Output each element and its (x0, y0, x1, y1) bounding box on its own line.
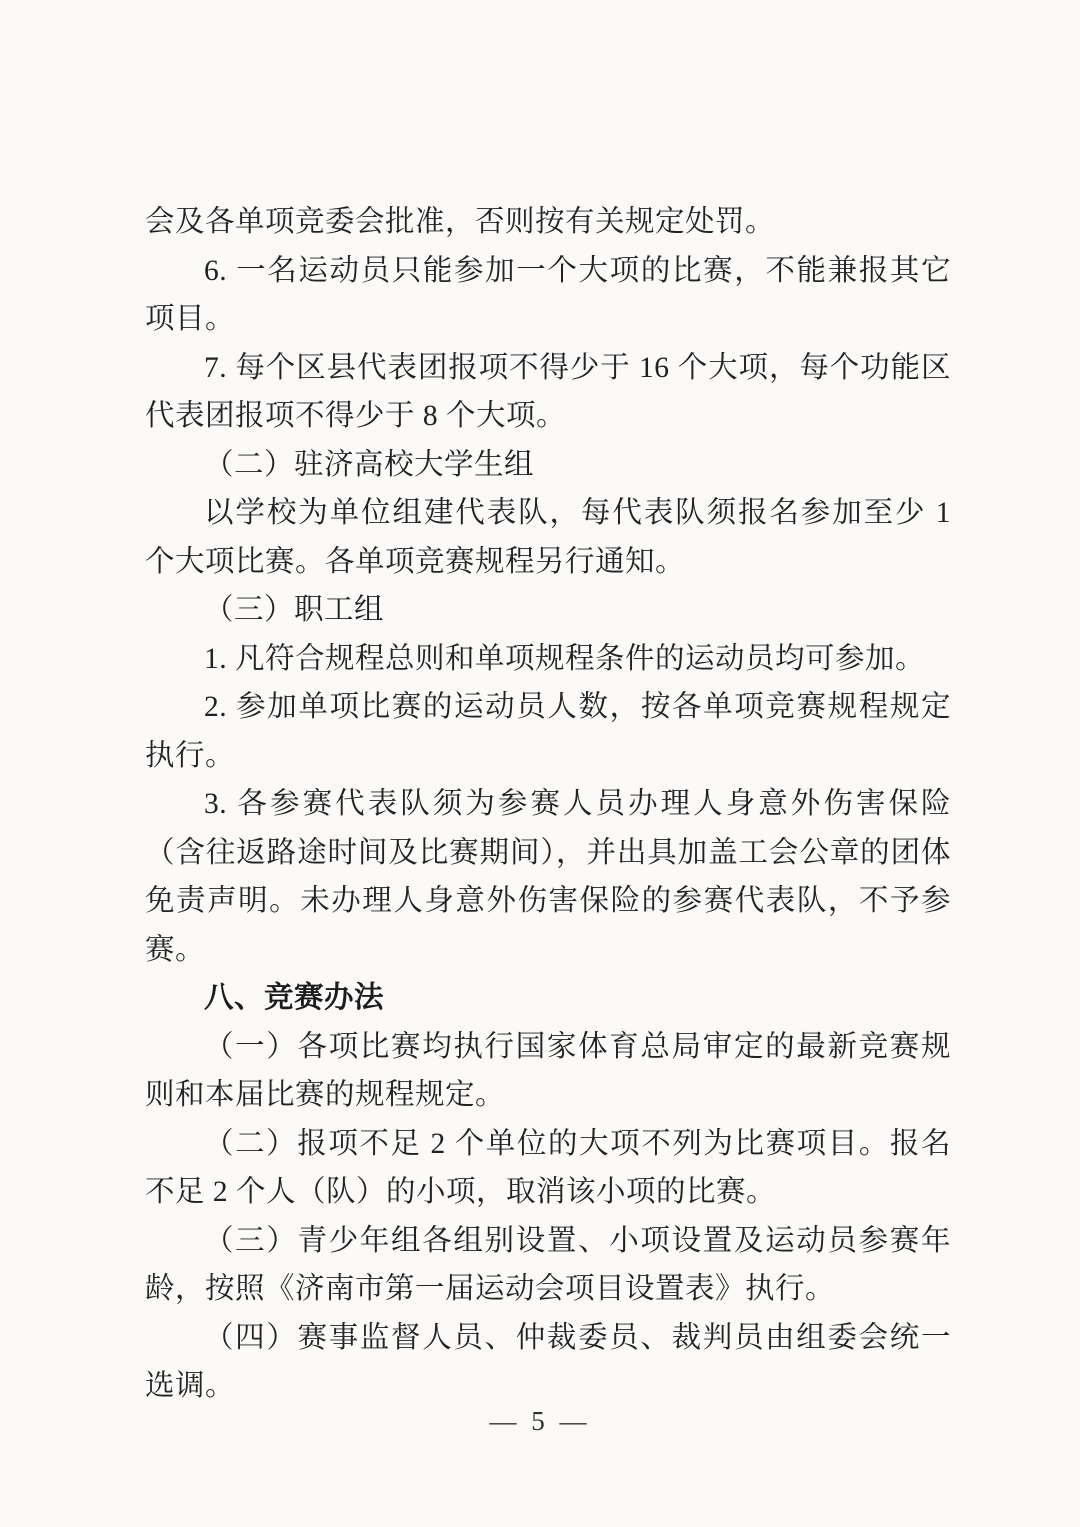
clause-2-insufficient-entries: （二）报项不足 2 个单位的大项不列为比赛项目。报名不足 2 个人（队）的小项，… (145, 1120, 951, 1217)
list-item-3-insurance-requirement: 3. 各参赛代表队须为参赛人员办理人身意外伤害保险（含往返路途时间及比赛期间），… (145, 780, 951, 974)
clause-3-youth-group-setup: （三）青少年组各组别设置、小项设置及运动员参赛年龄，按照《济南市第一届运动会项目… (145, 1217, 951, 1314)
paragraph-university-group-rule: 以学校为单位组建代表队，每代表队须报名参加至少 1 个大项比赛。各单项竞赛规程另… (145, 489, 951, 586)
document-page: 会及各单项竞委会批准，否则按有关规定处罚。 6. 一名运动员只能参加一个大项的比… (0, 0, 1080, 1527)
clause-1-rules-applied: （一）各项比赛均执行国家体育总局审定的最新竞赛规则和本届比赛的规程规定。 (145, 1023, 951, 1120)
subsection-heading-university-group: （二）驻济高校大学生组 (145, 441, 951, 490)
subsection-heading-staff-group: （三）职工组 (145, 586, 951, 635)
list-item-2-athlete-count: 2. 参加单项比赛的运动员人数，按各单项竞赛规程规定执行。 (145, 683, 951, 780)
list-item-6-one-sport-rule: 6. 一名运动员只能参加一个大项的比赛，不能兼报其它项目。 (145, 247, 951, 344)
list-item-1-eligibility: 1. 凡符合规程总则和单项规程条件的运动员均可参加。 (145, 635, 951, 684)
paragraph-continuation: 会及各单项竞委会批准，否则按有关规定处罚。 (145, 198, 951, 247)
section-heading-competition-methods: 八、竞赛办法 (145, 974, 951, 1023)
document-body: 会及各单项竞委会批准，否则按有关规定处罚。 6. 一名运动员只能参加一个大项的比… (145, 198, 951, 1411)
page-number: — 5 — (0, 1406, 1080, 1437)
list-item-7-minimum-events-rule: 7. 每个区县代表团报项不得少于 16 个大项，每个功能区代表团报项不得少于 8… (145, 344, 951, 441)
clause-4-officials-selection: （四）赛事监督人员、仲裁委员、裁判员由组委会统一选调。 (145, 1314, 951, 1411)
